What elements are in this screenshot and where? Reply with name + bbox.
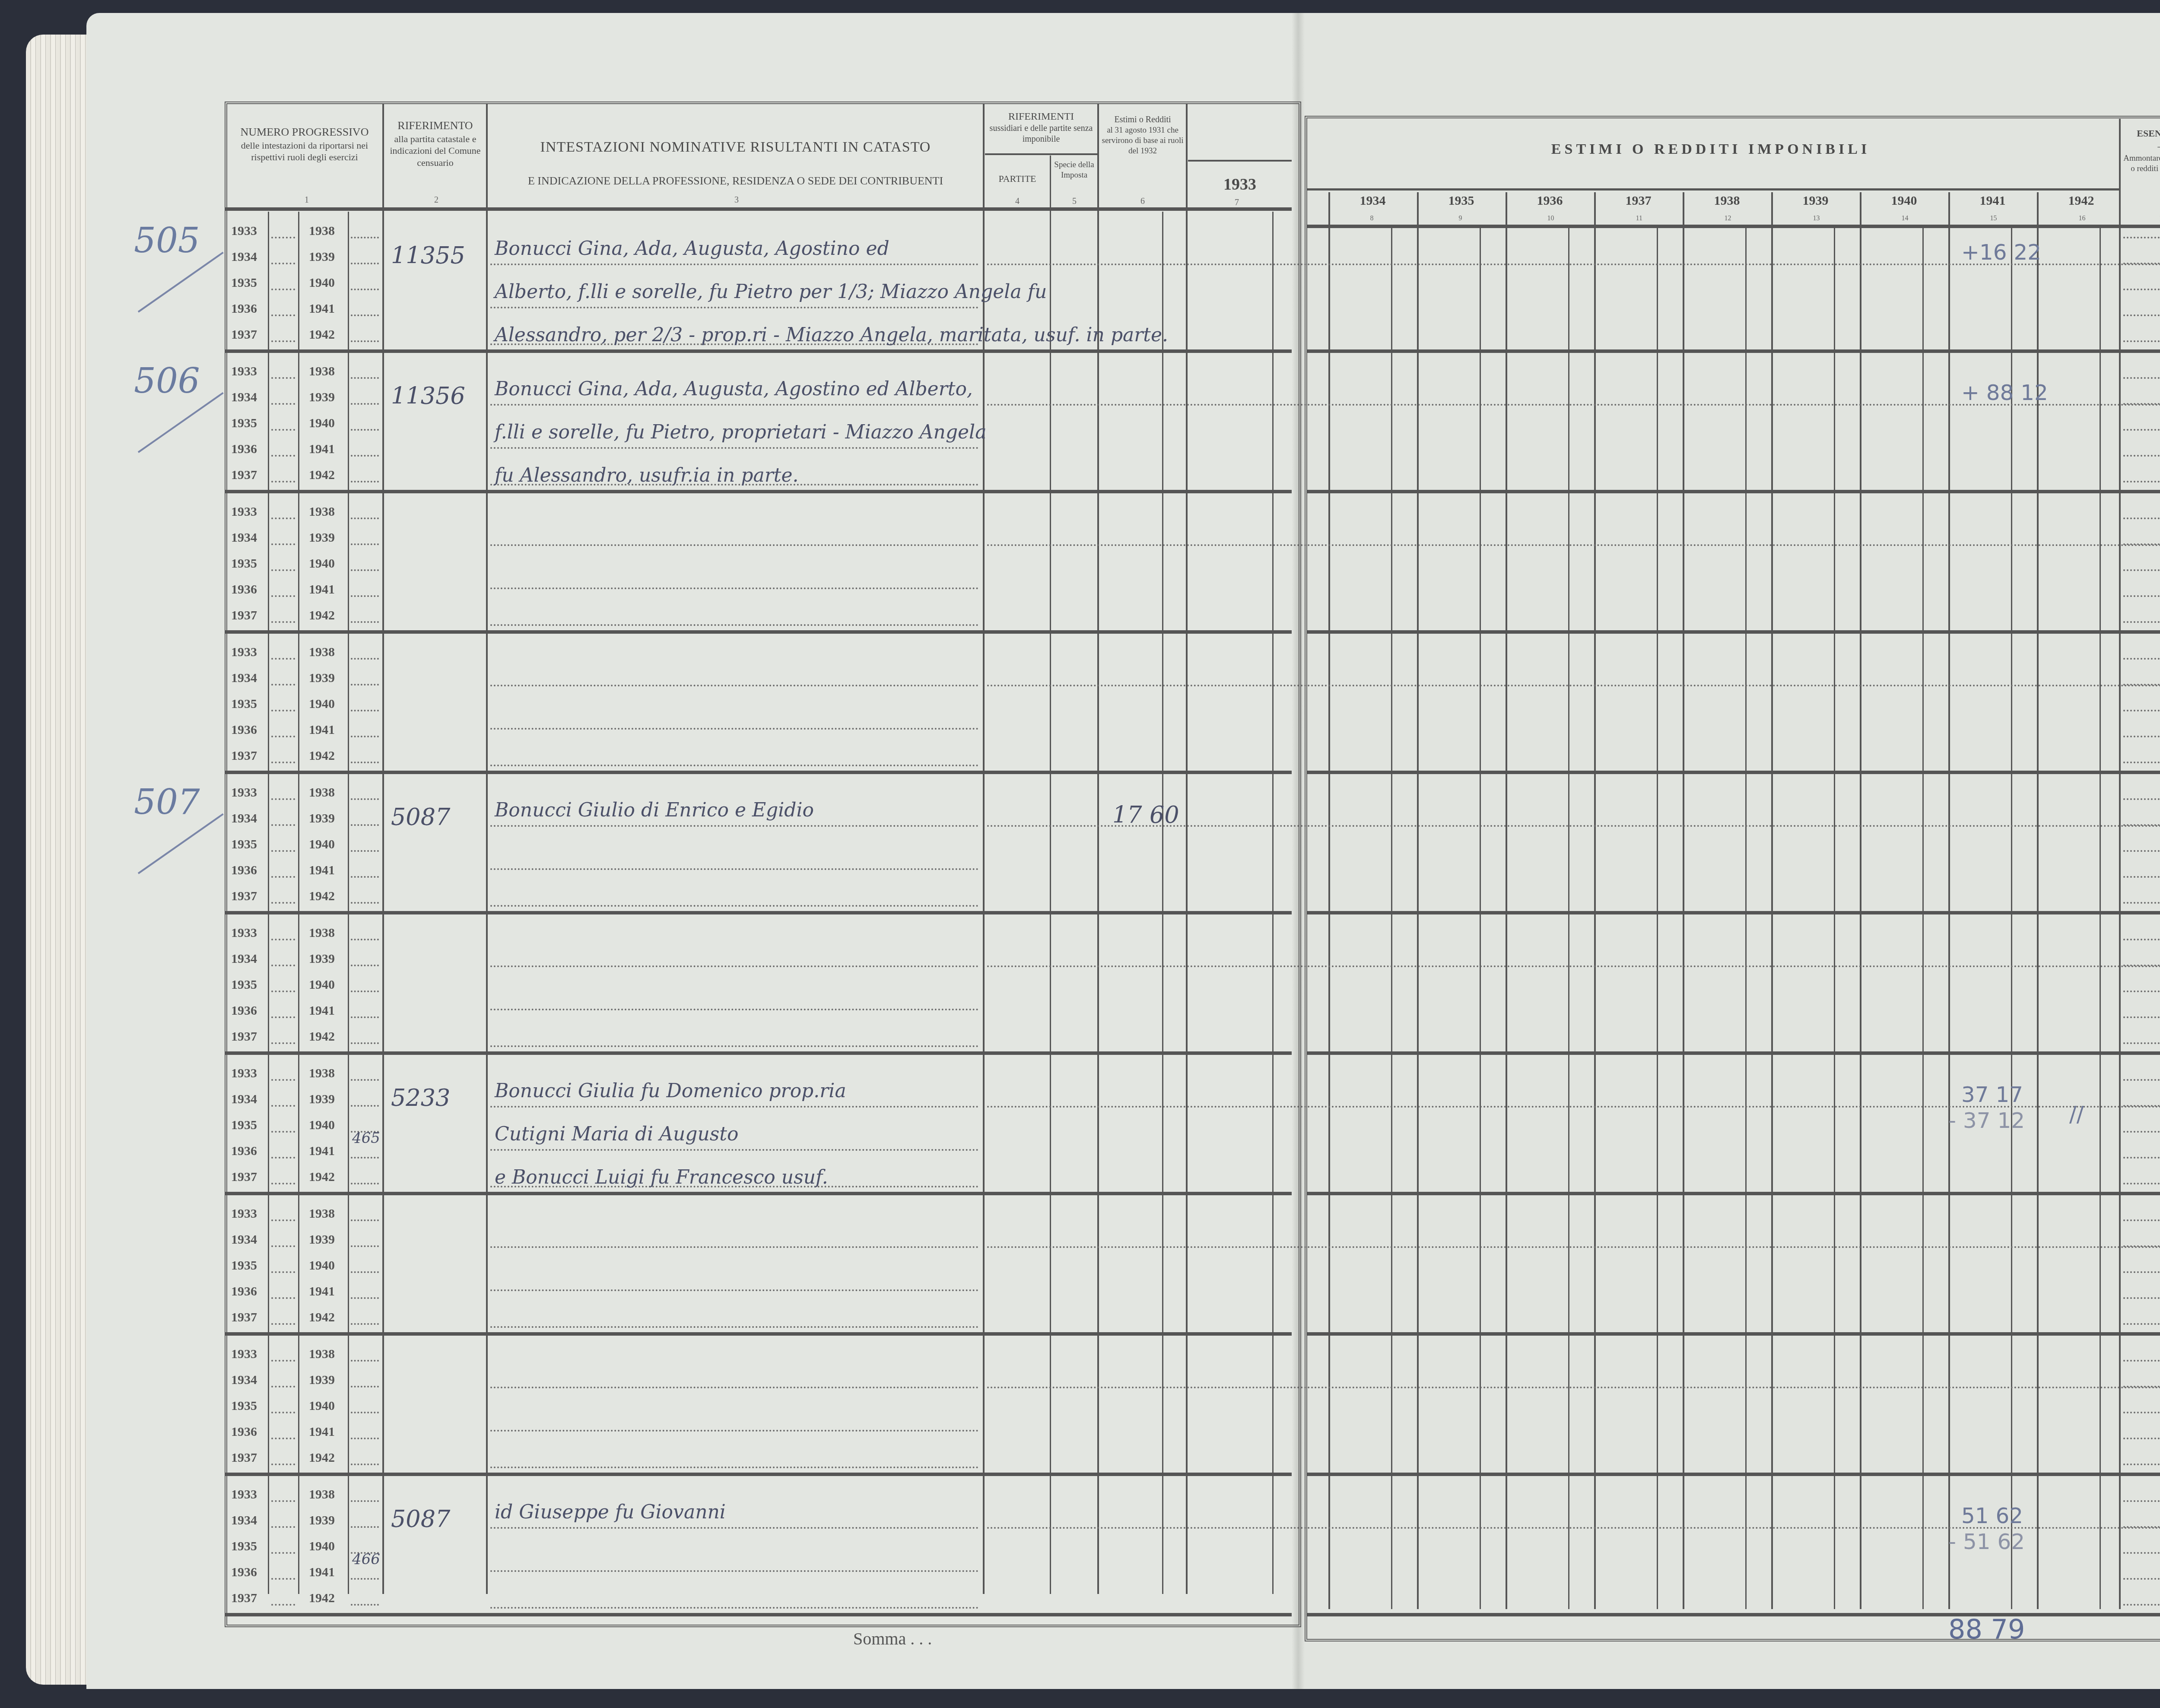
- left-header-rule: [225, 207, 1292, 211]
- dotted-line: [351, 736, 379, 737]
- dotted-line: [351, 1412, 379, 1413]
- dotted-line: [271, 1271, 295, 1273]
- year-header: 1941: [1948, 194, 2037, 208]
- entry-separator: [1307, 1332, 2160, 1336]
- entry-separator: [1307, 771, 2160, 774]
- year-label: 1936: [231, 1003, 257, 1018]
- dotted-line: [271, 289, 295, 290]
- name-ruled-line: [490, 685, 978, 686]
- year-label: 1937: [231, 608, 257, 623]
- dotted-line: [271, 595, 295, 597]
- dotted-line: [271, 939, 295, 940]
- year-label: 1933: [231, 1347, 257, 1362]
- divider: [1745, 227, 1747, 1609]
- owner-name-line: e Bonucci Luigi fu Francesco usuf.: [495, 1166, 828, 1188]
- dotted-line: [2123, 710, 2160, 711]
- partita-number: 5087: [391, 803, 450, 831]
- name-ruled-line: [490, 1527, 978, 1529]
- year-label: 1934: [231, 250, 257, 264]
- year-label: 1941: [309, 1144, 335, 1159]
- year-header: 1942: [2037, 194, 2125, 208]
- dotted-line: [351, 902, 379, 904]
- year-label: 1939: [309, 1373, 335, 1387]
- dotted-line: [351, 595, 379, 597]
- name-ruled-line: [490, 404, 978, 406]
- dotted-line: [271, 1042, 295, 1044]
- divider: [1188, 160, 1292, 162]
- dotted-line: [271, 824, 295, 826]
- dotted-line: [271, 1386, 295, 1387]
- dotted-line: [2123, 1157, 2160, 1159]
- dotted-line: [271, 965, 295, 966]
- dotted-line: [2123, 736, 2160, 737]
- dotted-line: [2123, 569, 2160, 571]
- dotted-line: [351, 1323, 379, 1325]
- dotted-line: [271, 403, 295, 405]
- year-label: 1933: [231, 645, 257, 660]
- divider: [985, 153, 1097, 155]
- dotted-line: [2123, 1438, 2160, 1439]
- dotted-line: [351, 1042, 379, 1044]
- dotted-line: [271, 1412, 295, 1413]
- year-label: 1937: [231, 1029, 257, 1044]
- year-header: 1937: [1594, 194, 1683, 208]
- year-label: 1934: [231, 1092, 257, 1107]
- name-ruled-line: [490, 307, 978, 308]
- year-label: 1935: [231, 1118, 257, 1133]
- dotted-line: [2123, 377, 2160, 379]
- dotted-line: [351, 939, 379, 940]
- name-ruled-line: [490, 1009, 978, 1010]
- dotted-line: [351, 876, 379, 878]
- dotted-line: [351, 1438, 379, 1439]
- owner-name-line: Alberto, f.lli e sorelle, fu Pietro per …: [495, 281, 1047, 303]
- dotted-line: [271, 850, 295, 852]
- dotted-line: [351, 289, 379, 290]
- dotted-line: [271, 377, 295, 379]
- year-label: 1936: [231, 863, 257, 878]
- divider: [1568, 227, 1569, 1609]
- value-1941-correction: - 51 62: [1948, 1529, 2025, 1554]
- dotted-line: [351, 569, 379, 571]
- dotted-line: [351, 1105, 379, 1107]
- value-1942-mark: //: [2069, 1102, 2084, 1127]
- dotted-line: [2123, 429, 2160, 431]
- total-1941: 88 79: [1948, 1613, 2025, 1645]
- year-label: 1938: [309, 224, 335, 238]
- dotted-line: [2123, 455, 2160, 457]
- dotted-line: [2123, 481, 2160, 483]
- year-label: 1936: [231, 442, 257, 457]
- owner-name-line: id Giuseppe fu Giovanni: [495, 1501, 726, 1523]
- dotted-line: [2123, 595, 2160, 597]
- year-label: 1936: [231, 723, 257, 737]
- entry-separator: [225, 490, 1292, 493]
- dotted-line: [351, 1526, 379, 1528]
- year-label: 1934: [231, 1373, 257, 1387]
- dotted-line: [271, 429, 295, 431]
- year-label: 1939: [309, 530, 335, 545]
- dotted-line: [2123, 991, 2160, 992]
- estimi-group-header: ESTIMI O REDDITI IMPONIBILI: [1305, 140, 2117, 159]
- year-label: 1941: [309, 863, 335, 878]
- dotted-line: [271, 1578, 295, 1580]
- entry-separator: [225, 1613, 1292, 1616]
- year-label: 1940: [309, 1539, 335, 1554]
- entry-separator: [1307, 630, 2160, 634]
- name-ruled-line: [490, 1106, 978, 1108]
- owner-name-line: Cutigni Maria di Augusto: [495, 1123, 739, 1145]
- divider: [2119, 119, 2121, 1609]
- year-label: 1940: [309, 276, 335, 290]
- partita-number: 5087: [391, 1505, 450, 1533]
- dotted-line: [271, 1105, 295, 1107]
- name-ruled-line: [490, 1326, 978, 1328]
- dotted-line: [2123, 1079, 2160, 1081]
- value-ruled-line: [987, 1246, 2160, 1248]
- dotted-line: [351, 314, 379, 316]
- dotted-line: [271, 736, 295, 737]
- dotted-line: [271, 684, 295, 686]
- name-ruled-line: [490, 1467, 978, 1468]
- name-ruled-line: [490, 1246, 978, 1248]
- name-ruled-line: [490, 1289, 978, 1291]
- dotted-line: [2123, 1016, 2160, 1018]
- name-ruled-line: [490, 447, 978, 449]
- dotted-line: [271, 455, 295, 457]
- dotted-line: [351, 237, 379, 238]
- name-ruled-line: [490, 1607, 978, 1609]
- year-label: 1935: [231, 978, 257, 992]
- name-ruled-line: [490, 728, 978, 730]
- year-label: 1933: [231, 364, 257, 379]
- year-label: 1936: [231, 1425, 257, 1439]
- divider: [1186, 104, 1188, 1594]
- dotted-line: [271, 798, 295, 800]
- owner-name-line: Alessandro, per 2/3 - prop.ri - Miazzo A…: [495, 324, 1168, 346]
- dotted-line: [2123, 1412, 2160, 1413]
- year-label: 1937: [231, 1170, 257, 1184]
- dotted-line: [351, 403, 379, 405]
- dotted-line: [2123, 1271, 2160, 1273]
- name-ruled-line: [490, 1045, 978, 1047]
- dotted-line: [2123, 1297, 2160, 1299]
- entry-separator: [225, 1192, 1292, 1195]
- value-1941: + 88 12: [1961, 380, 2048, 405]
- dotted-line: [351, 263, 379, 264]
- margin-entry-number: 506: [134, 361, 200, 401]
- dotted-line: [271, 762, 295, 763]
- divider: [2100, 227, 2101, 1609]
- name-ruled-line: [490, 765, 978, 766]
- dotted-line: [2123, 237, 2160, 238]
- right-header-rule: [1307, 225, 2160, 228]
- year-label: 1942: [309, 1029, 335, 1044]
- divider: [298, 212, 299, 1594]
- dotted-line: [2123, 876, 2160, 878]
- year-label: 1935: [231, 276, 257, 290]
- year-label: 1941: [309, 302, 335, 316]
- dotted-line: [271, 876, 295, 878]
- dotted-line: [351, 1271, 379, 1273]
- year-label: 1938: [309, 1487, 335, 1502]
- year-label: 1942: [309, 1170, 335, 1184]
- year-label: 1938: [309, 1066, 335, 1081]
- year-label: 1940: [309, 1118, 335, 1133]
- year-label: 1933: [231, 505, 257, 519]
- dotted-line: [2123, 1219, 2160, 1221]
- year-label: 1933: [231, 926, 257, 940]
- entry-separator: [225, 630, 1292, 634]
- year-label: 1939: [309, 671, 335, 686]
- dotted-line: [271, 481, 295, 483]
- year-label: 1942: [309, 1451, 335, 1465]
- right-ledger-table: [1305, 116, 2160, 1641]
- partita-number: 11356: [391, 382, 465, 410]
- owner-name-line: f.lli e sorelle, fu Pietro, proprietari …: [495, 421, 986, 443]
- year-label: 1936: [231, 1284, 257, 1299]
- entry-separator: [225, 771, 1292, 774]
- year-label: 1935: [231, 697, 257, 711]
- dotted-line: [271, 1323, 295, 1325]
- col45-header: RIFERIMENTI sussidiari e delle partite s…: [985, 110, 1097, 145]
- dotted-line: [271, 1552, 295, 1554]
- dotted-line: [2123, 1464, 2160, 1465]
- year-label: 1942: [309, 327, 335, 342]
- dotted-line: [2123, 1042, 2160, 1044]
- dotted-line: [351, 684, 379, 686]
- year-label: 1938: [309, 926, 335, 940]
- year-label: 1942: [309, 1310, 335, 1325]
- dotted-line: [271, 1245, 295, 1247]
- dotted-line: [271, 1438, 295, 1439]
- value-1941: 37 17: [1961, 1082, 2023, 1107]
- dotted-line: [271, 902, 295, 904]
- dotted-line: [271, 1526, 295, 1528]
- entry-separator: [1307, 349, 2160, 353]
- entry-separator: [225, 1332, 1292, 1336]
- entry-separator: [225, 1473, 1292, 1476]
- col1-header: NUMERO PROGRESSIVO delle intestazioni da…: [227, 125, 382, 163]
- margin-entry-number: 505: [134, 220, 200, 260]
- year-header: 1940: [1860, 194, 1948, 208]
- year-label: 1942: [309, 608, 335, 623]
- year-label: 1934: [231, 1513, 257, 1528]
- year-label: 1936: [231, 1144, 257, 1159]
- year-label: 1942: [309, 749, 335, 763]
- dotted-line: [351, 455, 379, 457]
- partita-number: 5233: [391, 1084, 450, 1111]
- name-ruled-line: [490, 1387, 978, 1388]
- dotted-line: [351, 991, 379, 992]
- value-1941: +16 22: [1961, 240, 2041, 265]
- year-label: 1942: [309, 889, 335, 904]
- dotted-line: [351, 429, 379, 431]
- year-label: 1933: [231, 1206, 257, 1221]
- year-label: 1933: [231, 1066, 257, 1081]
- dotted-line: [351, 658, 379, 660]
- dotted-line: [271, 1604, 295, 1606]
- year-label: 1939: [309, 1513, 335, 1528]
- name-ruled-line: [490, 1570, 978, 1572]
- name-ruled-line: [490, 965, 978, 967]
- dotted-line: [271, 621, 295, 623]
- dotted-line: [351, 824, 379, 826]
- dotted-line: [351, 481, 379, 483]
- year-label: 1935: [231, 1539, 257, 1554]
- year-label: 1938: [309, 1206, 335, 1221]
- dotted-line: [2123, 1552, 2160, 1554]
- dotted-line: [271, 340, 295, 342]
- dotted-line: [2123, 850, 2160, 852]
- year-label: 1936: [231, 582, 257, 597]
- entry-separator: [225, 911, 1292, 914]
- year-label: 1936: [231, 302, 257, 316]
- year-label: 1933: [231, 785, 257, 800]
- dotted-line: [2123, 621, 2160, 623]
- name-ruled-line: [490, 1149, 978, 1151]
- dotted-line: [271, 569, 295, 571]
- year-header: 1938: [1683, 194, 1771, 208]
- entry-separator: [1307, 1613, 2160, 1616]
- dotted-line: [2123, 517, 2160, 519]
- entry-separator: [225, 1051, 1292, 1055]
- entry-separator: [225, 349, 1292, 353]
- year-label: 1937: [231, 1591, 257, 1606]
- dotted-line: [271, 237, 295, 238]
- dotted-line: [351, 1464, 379, 1465]
- dotted-line: [2123, 289, 2160, 290]
- name-ruled-line: [490, 624, 978, 626]
- year-header: 1934: [1328, 194, 1417, 208]
- year-label: 1940: [309, 697, 335, 711]
- year-label: 1937: [231, 889, 257, 904]
- dotted-line: [2123, 314, 2160, 316]
- dotted-line: [2123, 340, 2160, 342]
- owner-name-line: Bonucci Gina, Ada, Augusta, Agostino ed: [495, 238, 889, 260]
- year-label: 1941: [309, 1425, 335, 1439]
- year-label: 1935: [231, 1258, 257, 1273]
- year-label: 1940: [309, 416, 335, 431]
- name-ruled-line: [490, 1430, 978, 1432]
- year-label: 1939: [309, 1092, 335, 1107]
- year-label: 1934: [231, 811, 257, 826]
- margin-entry-number: 507: [134, 782, 200, 822]
- year-label: 1939: [309, 952, 335, 966]
- dotted-line: [271, 1360, 295, 1362]
- esenzioni-header: ESENZIONI — Ammontare degli estimi o red…: [2121, 127, 2160, 174]
- year-label: 1937: [231, 1451, 257, 1465]
- entry-separator: [1307, 1192, 2160, 1195]
- year-header: 1936: [1506, 194, 1594, 208]
- value-1941: 51 62: [1961, 1503, 2023, 1528]
- owner-name-line: Bonucci Giulia fu Domenico prop.ria: [495, 1080, 846, 1102]
- year-label: 1941: [309, 442, 335, 457]
- col2-header: RIFERIMENTO alla partita catastale e ind…: [384, 119, 486, 168]
- name-ruled-line: [490, 825, 978, 827]
- entry-separator: [1307, 1473, 2160, 1476]
- year-header: 1935: [1417, 194, 1506, 208]
- dotted-line: [351, 1604, 379, 1606]
- dotted-line: [271, 991, 295, 992]
- divider: [268, 212, 269, 1594]
- dotted-line: [351, 543, 379, 545]
- owner-name-line: Bonucci Gina, Ada, Augusta, Agostino ed …: [495, 378, 973, 400]
- dotted-line: [2123, 1131, 2160, 1133]
- somma-label: Somma . . .: [853, 1629, 932, 1649]
- year-label: 1936: [231, 1565, 257, 1580]
- partita-number: 11355: [391, 242, 465, 269]
- year-label: 1941: [309, 1003, 335, 1018]
- year-label: 1942: [309, 1591, 335, 1606]
- year-label: 1937: [231, 749, 257, 763]
- year-label: 1935: [231, 416, 257, 431]
- divider: [2011, 227, 2012, 1609]
- year-label: 1937: [231, 1310, 257, 1325]
- dotted-line: [351, 621, 379, 623]
- dotted-line: [271, 517, 295, 519]
- divider: [1834, 227, 1835, 1609]
- value-ruled-line: [987, 544, 2160, 546]
- entry-separator: [1307, 490, 2160, 493]
- dotted-line: [351, 1016, 379, 1018]
- dotted-line: [2123, 1360, 2160, 1362]
- dotted-line: [351, 850, 379, 852]
- name-ruled-line: [490, 264, 978, 265]
- year-label: 1934: [231, 952, 257, 966]
- dotted-line: [271, 1131, 295, 1133]
- year-label: 1939: [309, 250, 335, 264]
- dotted-line: [271, 1297, 295, 1299]
- year-label: 1940: [309, 1258, 335, 1273]
- divider: [1922, 227, 1924, 1609]
- year-label: 1934: [231, 671, 257, 686]
- year-header: 1939: [1771, 194, 1860, 208]
- year-label: 1940: [309, 978, 335, 992]
- year-label: 1934: [231, 390, 257, 405]
- dotted-line: [271, 543, 295, 545]
- dotted-line: [351, 1183, 379, 1184]
- year-label: 1933: [231, 224, 257, 238]
- divider: [1657, 227, 1658, 1609]
- dotted-line: [351, 377, 379, 379]
- entry-separator: [1307, 911, 2160, 914]
- dotted-line: [351, 1219, 379, 1221]
- dotted-line: [2123, 902, 2160, 904]
- dotted-line: [351, 517, 379, 519]
- dotted-line: [271, 1016, 295, 1018]
- name-ruled-line: [490, 587, 978, 589]
- owner-name-line: Bonucci Giulio di Enrico e Egidio: [495, 799, 814, 821]
- divider: [486, 104, 488, 1594]
- dotted-line: [271, 263, 295, 264]
- dotted-line: [2123, 939, 2160, 940]
- col7-header-year: 1933: [1188, 175, 1292, 194]
- year-label: 1934: [231, 1232, 257, 1247]
- dotted-line: [271, 1464, 295, 1465]
- dotted-line: [351, 1578, 379, 1580]
- col3-header: INTESTAZIONI NOMINATIVE RISULTANTI IN CA…: [490, 138, 981, 188]
- estimo-1932-value: 17 60: [1112, 801, 1179, 829]
- dotted-line: [271, 1500, 295, 1502]
- value-1941-correction: - 37 12: [1948, 1108, 2025, 1133]
- dotted-line: [2123, 1578, 2160, 1580]
- dotted-line: [271, 710, 295, 711]
- year-label: 1941: [309, 723, 335, 737]
- dotted-line: [351, 1245, 379, 1247]
- divider: [1050, 156, 1051, 1594]
- dotted-line: [351, 710, 379, 711]
